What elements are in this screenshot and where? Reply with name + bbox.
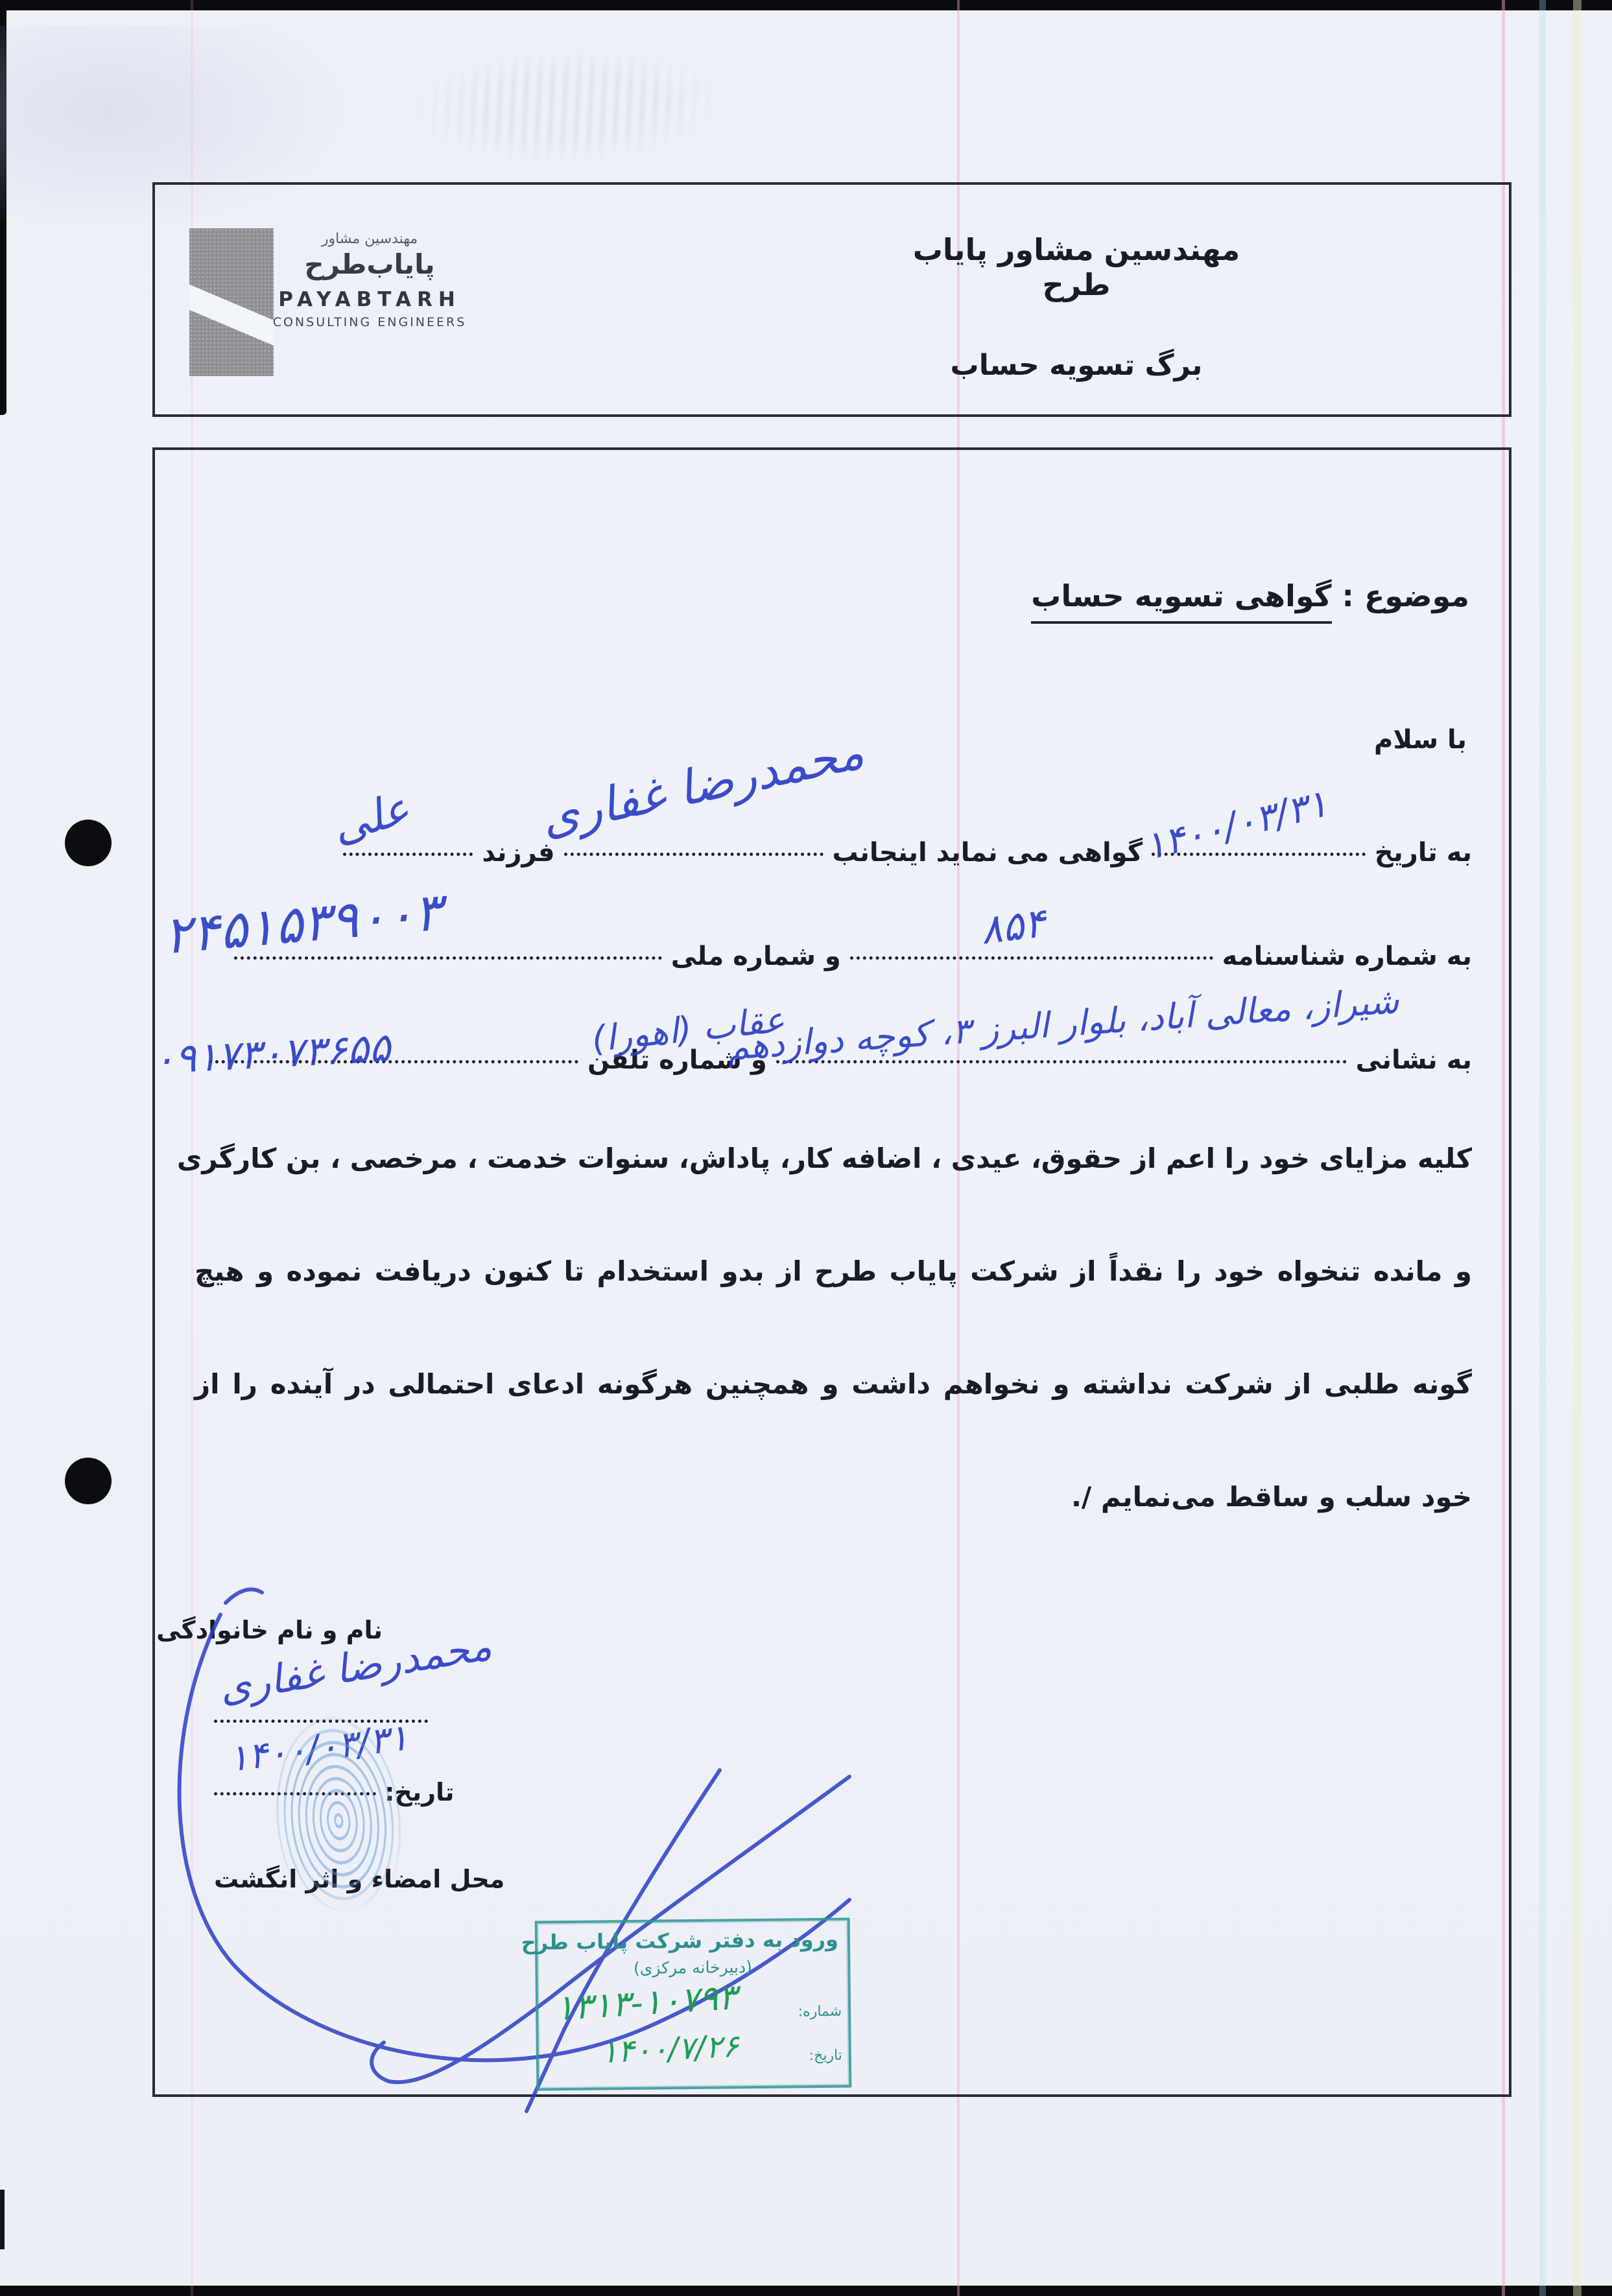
dotted-field-father — [343, 853, 473, 856]
stamp-date-label: تاریخ: — [809, 2048, 842, 2065]
form-line-date-name: به تاریخ گواهی می نماید اینجانب فرزند — [343, 838, 1472, 868]
logo-swoosh-icon — [189, 280, 274, 352]
handwritten-id-number: ۸۵۴ — [978, 899, 1048, 954]
label-child-of: فرزند — [482, 838, 554, 868]
subject-value: گواهی تسویه حساب — [1031, 578, 1331, 624]
form-line-id-numbers: به شماره شناسنامه و شماره ملی — [234, 941, 1472, 971]
dotted-field-id — [850, 956, 1213, 960]
scanned-settlement-letter: مهندسين مشاور پایاب‌طرح PAYABTARH CONSUL… — [0, 0, 1612, 2296]
logo-fa-name: پایاب‌طرح — [272, 248, 467, 280]
ink-bleed-through — [413, 45, 722, 166]
scanner-left-edge-lower — [0, 2190, 5, 2249]
scanner-top-edge — [0, 0, 1612, 10]
company-name: مهندسین مشاور پایاب طرح — [895, 232, 1258, 302]
scan-line-artifact — [1573, 0, 1582, 2296]
dotted-field-name — [564, 853, 824, 856]
paragraph-line: و مانده تنخواه خود را نقداً از شرکت پایا… — [195, 1255, 1472, 1287]
dotted-field-address — [776, 1060, 1347, 1063]
label-address: به نشانی — [1356, 1045, 1472, 1075]
logo-en-name: PAYABTARH — [272, 288, 467, 311]
paragraph-line: گونه طلبی از شرکت نداشته و نخواهم داشت و… — [195, 1368, 1472, 1400]
stamp-title: ورود به دفتر شرکت پایاب طرح — [547, 1927, 838, 1955]
company-logo-icon — [189, 228, 274, 376]
punch-hole — [65, 1458, 112, 1504]
subject-line: موضوع : گواهی تسویه حساب — [1031, 578, 1469, 613]
office-entry-stamp: ورود به دفتر شرکت پایاب طرح (دبیرخانه مر… — [535, 1917, 852, 2090]
label-id-number: به شماره شناسنامه — [1222, 941, 1472, 971]
logo-text-block: مهندسين مشاور پایاب‌طرح PAYABTARH CONSUL… — [272, 231, 467, 329]
stamp-handwritten-date: ۱۴۰۰/۷/۲۶ — [600, 2028, 740, 2071]
logo-en-subtitle: CONSULTING ENGINEERS — [272, 315, 467, 329]
subject-label: موضوع : — [1342, 578, 1469, 613]
stamp-number-label: شماره: — [798, 2004, 842, 2020]
punch-hole — [65, 820, 112, 866]
form-title: برگ تسویه حساب — [895, 349, 1258, 382]
logo-fa-small: مهندسين مشاور — [272, 231, 467, 247]
dotted-field-national-id — [234, 956, 662, 960]
label-national-id: و شماره ملی — [671, 941, 841, 971]
stamp-handwritten-number: ۱۳۱۳-۱۰۷۹۳ — [554, 1976, 738, 2028]
label-date: به تاریخ — [1375, 838, 1472, 868]
letterhead-titles: مهندسین مشاور پایاب طرح برگ تسویه حساب — [895, 232, 1258, 382]
paragraph-line: کلیه مزایای خود را اعم از حقوق، عیدی ، ا… — [195, 1142, 1472, 1174]
stamp-subtitle: (دبیرخانه مرکزی) — [547, 1957, 838, 1979]
scan-line-artifact — [1539, 0, 1546, 2296]
scanner-bottom-edge — [0, 2286, 1612, 2296]
salutation: با سلام — [1374, 725, 1467, 755]
label-certifies: گواهی می نماید اینجانب — [832, 838, 1143, 868]
paragraph-line: خود سلب و ساقط می‌نمایم /. — [195, 1481, 1472, 1513]
